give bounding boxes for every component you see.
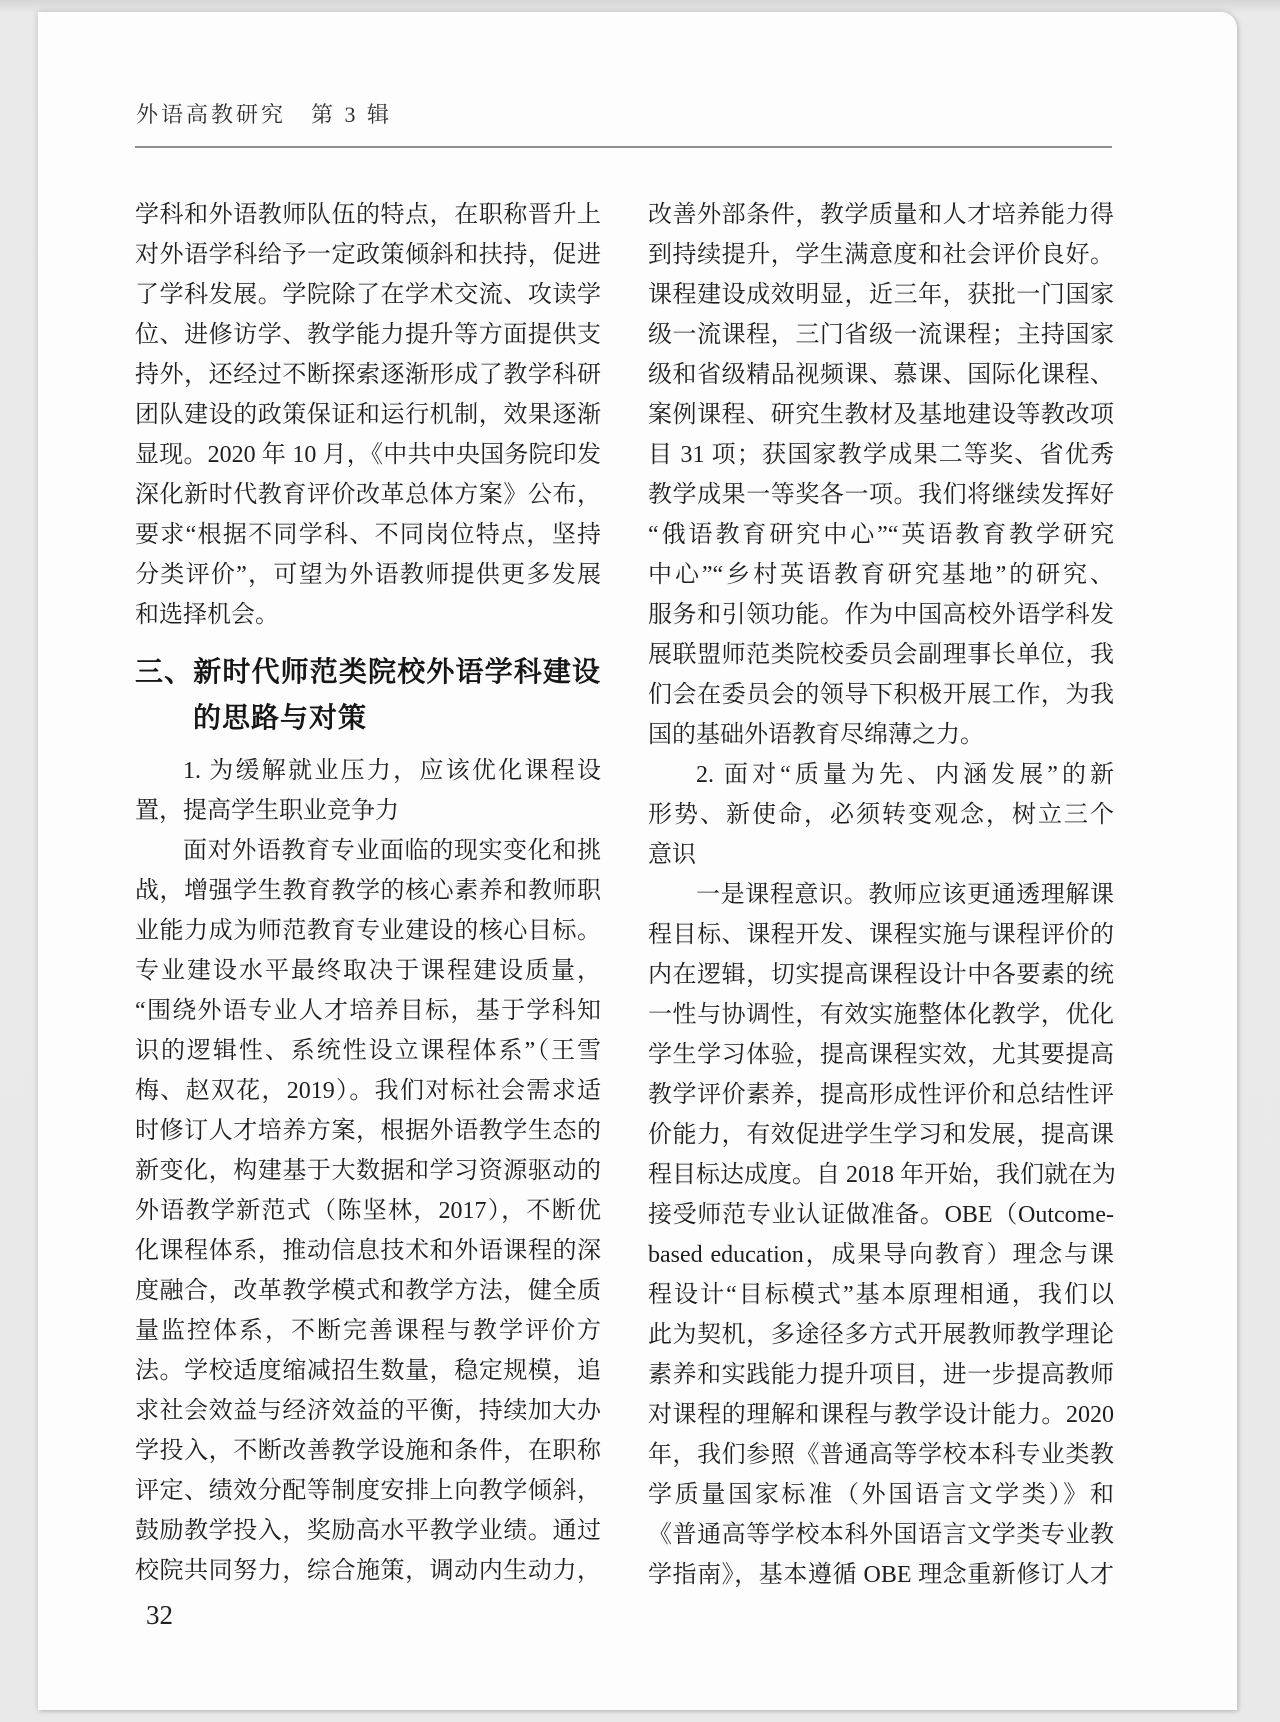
text-line: 外语教学新范式（陈坚林，2017），不断优	[135, 1191, 601, 1231]
text-line: 级一流课程，三门省级一流课程；主持国家	[648, 315, 1114, 355]
text-line: 《普通高等学校本科外国语言文学类专业教	[648, 1515, 1114, 1555]
header-rule	[135, 146, 1112, 148]
text-line: 内在逻辑，切实提高课程设计中各要素的统	[648, 955, 1114, 995]
text-line: 到持续提升，学生满意度和社会评价良好。	[648, 235, 1114, 275]
text-line: 学投入，不断改善教学设施和条件，在职称	[135, 1431, 601, 1471]
text-line: 了学科发展。学院除了在学术交流、攻读学	[135, 275, 601, 315]
text-line: 面对外语教育专业面临的现实变化和挑	[135, 831, 601, 871]
text-line: 鼓励教学投入，奖励高水平教学业绩。通过	[135, 1511, 601, 1551]
text-column-left: 学科和外语教师队伍的特点，在职称晋升上对外语学科给予一定政策倾斜和扶持，促进了学…	[135, 195, 601, 1591]
text-line: based education，成果导向教育）理念与课	[648, 1235, 1114, 1275]
text-line: 化课程体系，推动信息技术和外语课程的深	[135, 1231, 601, 1271]
text-column-right: 改善外部条件，教学质量和人才培养能力得到持续提升，学生满意度和社会评价良好。课程…	[648, 195, 1114, 1595]
text-line: 要求“根据不同学科、不同岗位特点，坚持	[135, 515, 601, 555]
text-line: 接受师范专业认证做准备。OBE（Outcome-	[648, 1195, 1114, 1235]
text-line: 对课程的理解和课程与教学设计能力。2020	[648, 1395, 1114, 1435]
heading-line: 三、新时代师范类院校外语学科建设	[135, 649, 601, 695]
text-line: 评定、绩效分配等制度安排上向教学倾斜，	[135, 1471, 601, 1511]
text-line: 对外语学科给予一定政策倾斜和扶持，促进	[135, 235, 601, 275]
text-line: 形势、新使命，必须转变观念，树立三个	[648, 795, 1114, 835]
text-line: 此为契机，多途径多方式开展教师教学理论	[648, 1315, 1114, 1355]
text-line: 服务和引领功能。作为中国高校外语学科发	[648, 595, 1114, 635]
text-line: 程目标、课程开发、课程实施与课程评价的	[648, 915, 1114, 955]
text-line: 战，增强学生教育教学的核心素养和教师职	[135, 871, 601, 911]
text-line: 一是课程意识。教师应该更通透理解课	[648, 875, 1114, 915]
text-line: “围绕外语专业人才培养目标，基于学科知	[135, 991, 601, 1031]
text-line: 国的基础外语教育尽绵薄之力。	[648, 715, 1114, 755]
text-line: 一性与协调性，有效实施整体化教学，优化	[648, 995, 1114, 1035]
text-line: 专业建设水平最终取决于课程建设质量，	[135, 951, 601, 991]
text-line: 们会在委员会的领导下积极开展工作，为我	[648, 675, 1114, 715]
text-line: 教学评价素养，提高形成性评价和总结性评	[648, 1075, 1114, 1115]
text-line: 程设计“目标模式”基本原理相通，我们以	[648, 1275, 1114, 1315]
text-line: 梅、赵双花，2019）。我们对标社会需求适	[135, 1071, 601, 1111]
text-line: 2. 面对“质量为先、内涵发展”的新	[648, 755, 1114, 795]
text-line: “俄语教育研究中心”“英语教育教学研究	[648, 515, 1114, 555]
text-line: 学质量国家标准（外国语言文学类）》和	[648, 1475, 1114, 1515]
text-line: 课程建设成效明显，近三年，获批一门国家	[648, 275, 1114, 315]
text-line: 级和省级精品视频课、慕课、国际化课程、	[648, 355, 1114, 395]
text-line: 识的逻辑性、系统性设立课程体系”（王雪	[135, 1031, 601, 1071]
text-line: 中心”“乡村英语教育研究基地”的研究、	[648, 555, 1114, 595]
text-line: 学科和外语教师队伍的特点，在职称晋升上	[135, 195, 601, 235]
text-line: 求社会效益与经济效益的平衡，持续加大办	[135, 1391, 601, 1431]
text-line: 团队建设的政策保证和运行机制，效果逐渐	[135, 395, 601, 435]
text-line: 教学成果一等奖各一项。我们将继续发挥好	[648, 475, 1114, 515]
book-page: 外语高教研究 第 3 辑 学科和外语教师队伍的特点，在职称晋升上对外语学科给予一…	[38, 12, 1237, 1710]
text-line: 程目标达成度。自 2018 年开始，我们就在为	[648, 1155, 1114, 1195]
heading-line: 的思路与对策	[135, 695, 601, 741]
text-line: 新变化，构建基于大数据和学习资源驱动的	[135, 1151, 601, 1191]
text-line: 学指南》，基本遵循 OBE 理念重新修订人才	[648, 1555, 1114, 1595]
text-line: 价能力，有效促进学生学习和发展，提高课	[648, 1115, 1114, 1155]
text-line: 深化新时代教育评价改革总体方案》公布，	[135, 475, 601, 515]
text-line: 改善外部条件，教学质量和人才培养能力得	[648, 195, 1114, 235]
photo-background: 外语高教研究 第 3 辑 学科和外语教师队伍的特点，在职称晋升上对外语学科给予一…	[0, 0, 1280, 1722]
page-number: 32	[146, 1600, 173, 1631]
text-line: 目 31 项；获国家教学成果二等奖、省优秀	[648, 435, 1114, 475]
running-head: 外语高教研究 第 3 辑	[136, 100, 736, 130]
text-line: 位、进修访学、教学能力提升等方面提供支	[135, 315, 601, 355]
text-line: 分类评价”，可望为外语教师提供更多发展	[135, 555, 601, 595]
text-line: 持外，还经过不断探索逐渐形成了教学科研	[135, 355, 601, 395]
text-line: 和选择机会。	[135, 595, 601, 635]
text-line: 年，我们参照《普通高等学校本科专业类教	[648, 1435, 1114, 1475]
text-line: 案例课程、研究生教材及基地建设等教改项	[648, 395, 1114, 435]
text-line: 置，提高学生职业竞争力	[135, 791, 601, 831]
text-line: 度融合，改革教学模式和教学方法，健全质	[135, 1271, 601, 1311]
text-line: 时修订人才培养方案，根据外语教学生态的	[135, 1111, 601, 1151]
text-line: 显现。2020 年 10 月，《中共中央国务院印发	[135, 435, 601, 475]
text-line: 量监控体系，不断完善课程与教学评价方	[135, 1311, 601, 1351]
text-line: 1. 为缓解就业压力，应该优化课程设	[135, 751, 601, 791]
text-line: 校院共同努力，综合施策，调动内生动力，	[135, 1551, 601, 1591]
text-line: 法。学校适度缩减招生数量，稳定规模，追	[135, 1351, 601, 1391]
text-line: 学生学习体验，提高课程实效，尤其要提高	[648, 1035, 1114, 1075]
text-line: 意识	[648, 835, 1114, 875]
text-line: 展联盟师范类院校委员会副理事长单位，我	[648, 635, 1114, 675]
text-line: 业能力成为师范教育专业建设的核心目标。	[135, 911, 601, 951]
text-line: 素养和实践能力提升项目，进一步提高教师	[648, 1355, 1114, 1395]
